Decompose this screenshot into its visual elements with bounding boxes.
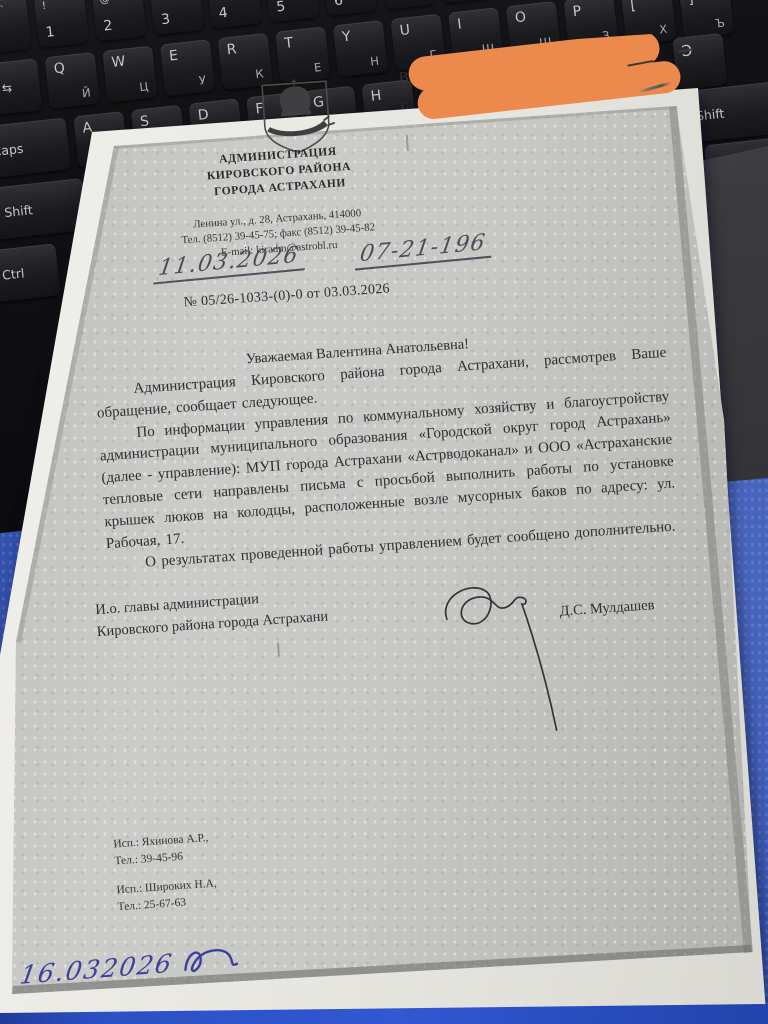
received-date-text: 16.032026 xyxy=(18,948,176,989)
signer-title: И.о. главы администрацииКировского район… xyxy=(95,583,329,643)
letter-body: Администрация Кировского района города А… xyxy=(95,343,679,578)
fold-crease-mark xyxy=(277,643,279,657)
reference-number-line: № 05/26-1033-(0)-0 от 03.03.2026 xyxy=(183,281,390,311)
executors-block: Исп.: Яхинова А.Р., Тел.: 39-45-96 Исп.:… xyxy=(113,830,220,929)
letter-content: В.А г. АДМИНИСТРАЦИЯКИРОВСКОГО РАЙОНАГОР… xyxy=(0,0,768,1024)
handwritten-signature xyxy=(434,571,576,754)
executor-entry: Исп.: Широких Н.А, Тел.: 25-67-63 xyxy=(116,876,219,916)
executor-entry: Исп.: Яхинова А.Р., Тел.: 39-45-96 xyxy=(113,830,216,870)
signer-name: Д.С. Мулдашев xyxy=(559,597,655,620)
organization-name: АДМИНИСТРАЦИЯКИРОВСКОГО РАЙОНАГОРОДА АСТ… xyxy=(162,140,397,204)
photo-scene: ~` Ё ! 1 @" 2 #№ 3 $; 4 % 5 xyxy=(0,0,768,1024)
blue-initials-squiggle xyxy=(177,937,244,982)
